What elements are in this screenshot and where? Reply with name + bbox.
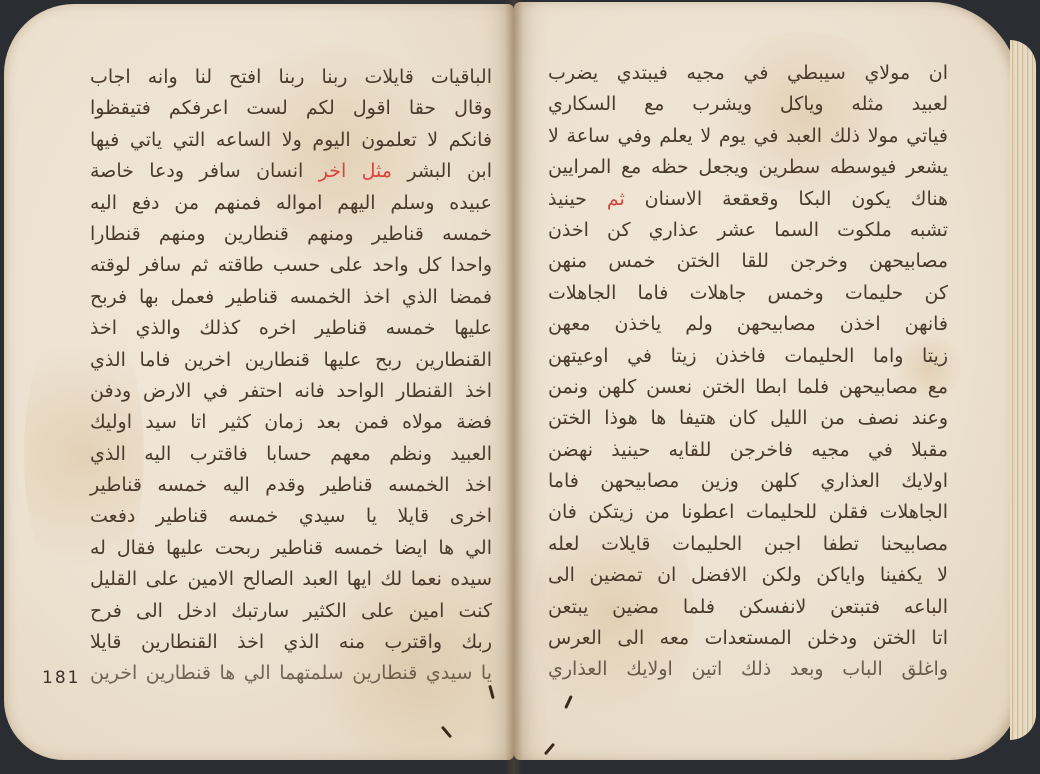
text-line-with-rubric: ابن البشر مثل اخر انسان سافر ودعا خاصة <box>90 156 492 187</box>
right-page-text: ان مولاي سيبطي في مجيه فيبتدي يضرب لعبيد… <box>548 58 948 686</box>
text-line: واغلق الباب وبعد ذلك اتين اولايك العذاري <box>548 654 948 685</box>
text-line: مصابيحهن وخرجن للقا الختن خمس منهن <box>548 246 948 277</box>
text-line: اتا الختن ودخلن المستعدات معه الى العرس <box>548 623 948 654</box>
text-line: الي ها ايضا خمسه قناطير ربحت عليها فقال … <box>90 533 492 564</box>
text-line: الجاهلات فقلن للحليمات اعطونا من زيتكن ف… <box>548 497 948 528</box>
text-line: لا يكفينا واياكن ولكن الافضل ان تمضين ال… <box>548 560 948 591</box>
text-line: ربك واقترب منه الذي اخذ القنطارين قايلا <box>90 627 492 658</box>
text-line: كن حليمات وخمس جاهلات فاما الجاهلات <box>548 278 948 309</box>
text-line: اخرى قايلا يا سيدي خمسه قناطير دفعت <box>90 501 492 532</box>
fore-edge-page-stack <box>1010 40 1036 740</box>
text-line: لعبيد مثله وياكل ويشرب مع السكاري <box>548 89 948 120</box>
text-line: مع مصابيحهن فلما ابطا الختن نعسن كلهن ون… <box>548 372 948 403</box>
text-line: الباقيات قايلات ربنا ربنا افتح لنا وانه … <box>90 62 492 93</box>
text-line: وقال حقا اقول لكم لست اعرفكم فتيقظوا <box>90 93 492 124</box>
text-line: العبيد ونظم معهم حسابا فاقترب اليه الذي <box>90 439 492 470</box>
open-manuscript: الباقيات قايلات ربنا ربنا افتح لنا وانه … <box>0 0 1040 774</box>
text-line: تشبه ملكوت السما عشر عذاري كن اخذن <box>548 215 948 246</box>
text-line: وعند نصف من الليل كان هتيفا ها هوذا الخت… <box>548 403 948 434</box>
text-line: خمسه قناطير ومنهم قنطارين ومنهم قنطارا <box>90 219 492 250</box>
folio-number: 181 <box>42 668 80 688</box>
left-page-text: الباقيات قايلات ربنا ربنا افتح لنا وانه … <box>90 62 492 690</box>
text-line: فانكم لا تعلمون اليوم ولا الساعه التي يا… <box>90 125 492 156</box>
text-line: يا سيدي قنطارين سلمتهما الي ها قنطارين ا… <box>90 658 492 689</box>
text-line: فياتي مولا ذلك العبد في يوم لا يعلم وفي … <box>548 121 948 152</box>
text-line: اخذ الخمسه قناطير وقدم اليه خمسه قناطير <box>90 470 492 501</box>
text-line: القنطارين ربح عليها قنطارين اخرين فاما ا… <box>90 345 492 376</box>
text-line: فضة مولاه فمن بعد زمان كثير اتا سيد اولي… <box>90 407 492 438</box>
text-line: ان مولاي سيبطي في مجيه فيبتدي يضرب <box>548 58 948 89</box>
text-line: عبيده وسلم اليهم امواله فمنهم من دفع الي… <box>90 188 492 219</box>
text-line: سيده نعما لك ايها العبد الصالح الامين عل… <box>90 564 492 595</box>
rubric-word: مثل اخر <box>319 160 392 182</box>
text-line: اولايك العذاري كلهن وزين مصابيحهن فاما <box>548 466 948 497</box>
text-line: زيتا واما الحليمات فاخذن زيتا في اوعيتهن <box>548 341 948 372</box>
rubric-word: ثم <box>607 188 625 210</box>
text-line: عليها خمسه قناطير اخره كذلك والذي اخذ <box>90 313 492 344</box>
text-line-with-rubric: هناك يكون البكا وقعقعة الاسنان ثم حينيذ <box>548 184 948 215</box>
text-line: يشعر فيوسطه سطرين ويجعل حظه مع المرايين <box>548 152 948 183</box>
text-line: واحدا كل واحد على حسب طاقته ثم سافر لوقت… <box>90 250 492 281</box>
book-gutter <box>505 0 523 774</box>
text-line: فمضا الذي اخذ الخمسه قناطير فعمل بها فرب… <box>90 282 492 313</box>
text-line: فانهن اخذن مصابيحهن ولم ياخذن معهن <box>548 309 948 340</box>
text-line: كنت امين على الكثير سارتبك ادخل الى فرح <box>90 596 492 627</box>
text-line: مصابيحنا تطفا اجبن الحليمات قايلات لعله <box>548 529 948 560</box>
text-line: الباعه فتبتعن لانفسكن فلما مضين يبتعن <box>548 592 948 623</box>
text-line: مقبلا في مجيه فاخرجن للقايه حينيذ نهضن <box>548 435 948 466</box>
text-line: اخذ القنطار الواحد فانه احتفر في الارض و… <box>90 376 492 407</box>
